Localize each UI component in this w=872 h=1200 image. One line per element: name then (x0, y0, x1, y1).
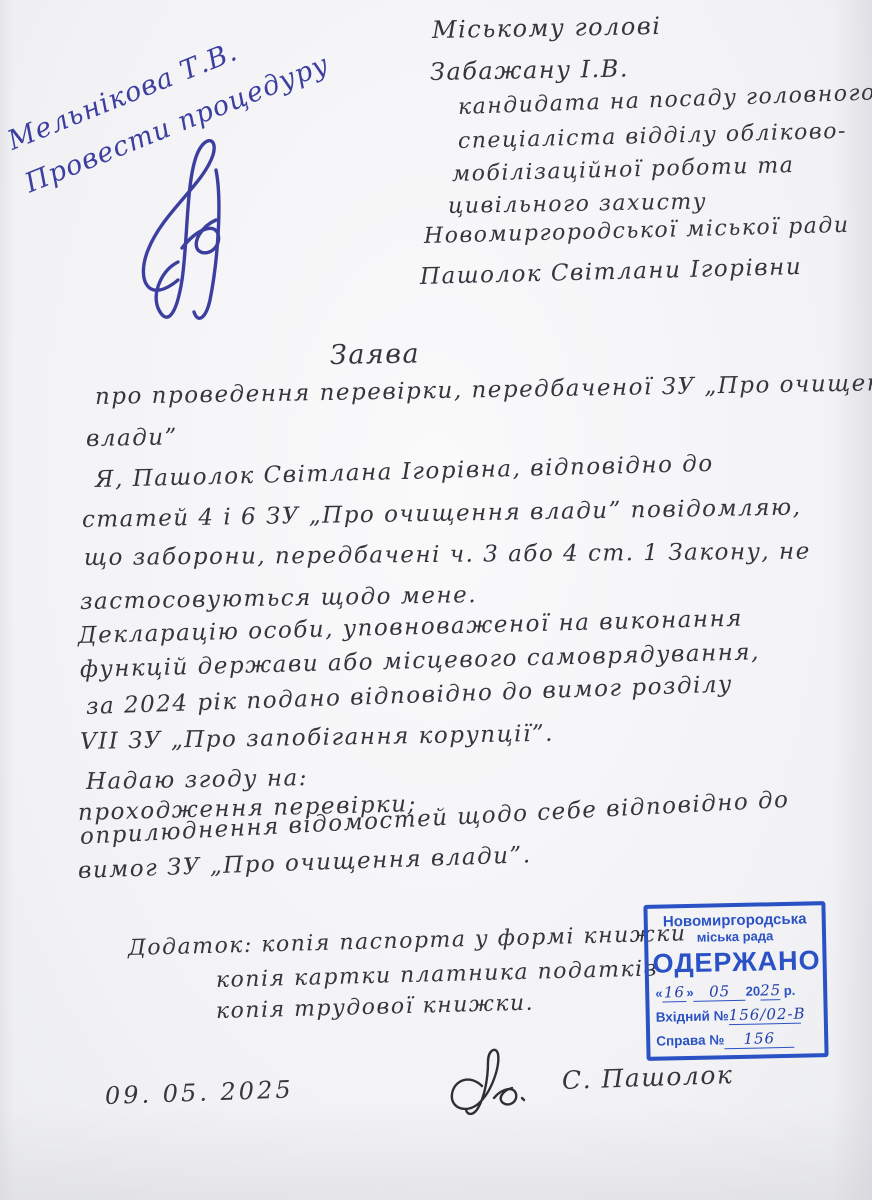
stamp-received-label: ОДЕРЖАНО (652, 944, 819, 979)
received-stamp: Новомиргородська міська рада ОДЕРЖАНО «1… (643, 901, 828, 1061)
applicant-signature-icon (444, 1046, 554, 1126)
header-line: мобілізаційної роботи та (452, 153, 795, 187)
stamp-case-label: Справа № (656, 1032, 724, 1048)
body-line: що заборони, передбачені ч. 3 або 4 ст. … (84, 539, 811, 571)
stamp-year-prefix: 20 (746, 983, 761, 998)
attachments-line: копія картки платника податків (216, 956, 659, 993)
attachments-line: Додаток: копія паспорта у формі книжки (128, 921, 687, 961)
scanned-document-page: Мельнікова Т.В. Провести процедуру Міськ… (0, 0, 872, 1200)
body-line: застосовуються щодо мене. (80, 582, 478, 615)
header-line: кандидата на посаду головного (458, 80, 872, 120)
header-line-applicant-name: Пашолок Світлани Ігорівни (420, 254, 803, 290)
stamp-date-row: «16»052025 р. (653, 980, 819, 1002)
stamp-case-row: Справа №156 (654, 1028, 820, 1050)
stamp-org-name: Новомиргородська (652, 910, 818, 930)
stamp-day-value: 16 (662, 983, 686, 1002)
body-line: Я, Пашолок Світлана Ігорівна, відповідно… (95, 451, 714, 493)
stamp-incoming-value: 156/02-В (728, 1005, 800, 1026)
body-line: про проведення перевірки, передбаченої З… (95, 370, 872, 410)
header-line: цивільного захисту (448, 189, 707, 219)
stamp-incoming-row: Вхідний №156/02-В (654, 1004, 820, 1026)
blue-approval-signature-icon (118, 130, 268, 330)
body-line: VII ЗУ „Про запобігання корупції”. (80, 721, 554, 755)
body-line: вимог ЗУ „Про очищення влади”. (78, 842, 532, 884)
stamp-month-value: 05 (693, 982, 745, 1002)
stamp-incoming-label: Вхідний № (656, 1008, 729, 1025)
header-line-addressee-name: Забажану І.В. (430, 55, 630, 86)
body-line: Надаю згоду на: (86, 765, 308, 795)
stamp-case-value: 156 (724, 1029, 794, 1049)
body-line: статей 4 і 6 ЗУ „Про очищення влади” пов… (82, 494, 802, 533)
attachments-line: копія трудової книжки. (216, 991, 535, 1024)
document-date: 09. 05. 2025 (105, 1075, 295, 1110)
header-line: спеціаліста відділу обліково- (458, 119, 847, 154)
stamp-year-suffix: р. (784, 983, 796, 998)
document-title: Заява (330, 338, 421, 371)
signer-name: С. Пашолок (561, 1060, 733, 1095)
body-line: влади” (86, 424, 178, 452)
header-line-addressee: Міському голові (432, 12, 662, 44)
stamp-year-value: 25 (760, 981, 780, 1000)
